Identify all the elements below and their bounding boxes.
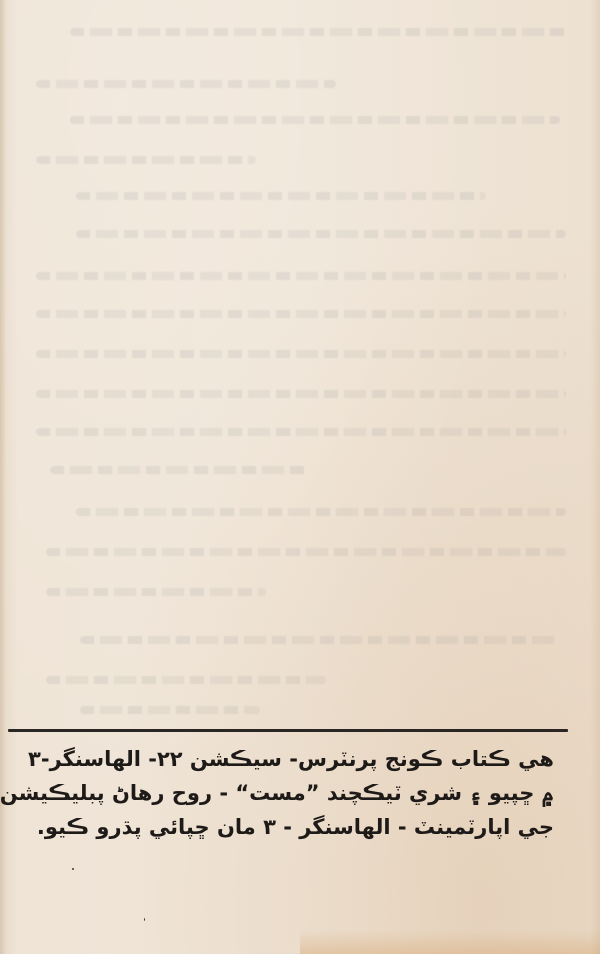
bleed-line [80,706,260,714]
bleed-line [80,636,560,644]
bleed-line [70,116,560,124]
scanned-page: هي ڪتاب ڪونج پرنٽرس- سيڪشن ٢٢- الهاسنگر-… [0,0,600,954]
bleed-line [36,80,336,88]
colophon: هي ڪتاب ڪونج پرنٽرس- سيڪشن ٢٢- الهاسنگر-… [14,742,554,844]
bleed-line [76,192,486,200]
bleed-line [36,310,566,318]
bleed-line [46,588,266,596]
colophon-line-1: هي ڪتاب ڪونج پرنٽرس- سيڪشن ٢٢- الهاسنگر-… [14,742,554,776]
paper-speck [72,868,74,870]
paper-stain [300,930,600,954]
bleed-line [36,428,566,436]
bleed-line [46,676,326,684]
colophon-line-2: ۾ ڇپيو ۽ شري ٽيڪچند ”مست“ - روح رهاڻ پبل… [14,776,554,810]
bleed-line [46,548,566,556]
bleed-line [36,156,256,164]
bleed-line [76,508,566,516]
bleed-line [36,350,566,358]
colophon-line-3: جي اپارٽمينٽ - الهاسنگر - ٣ مان ڇپائي پڌ… [14,810,554,844]
bleed-through-text [0,0,600,720]
bleed-line [36,272,566,280]
horizontal-rule [8,729,568,732]
bleed-line [36,390,566,398]
bleed-line [50,466,310,474]
bleed-line [76,230,566,238]
bleed-line [70,28,570,36]
paper-speck [144,918,145,921]
